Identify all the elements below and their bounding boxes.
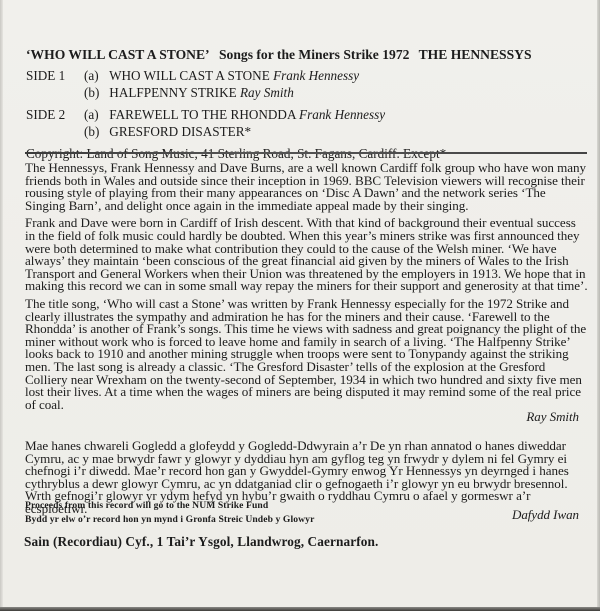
track-letter: (a) [84,106,106,123]
track-letter: (b) [84,84,106,101]
track-composer: Frank Hennessy [273,68,359,83]
side-label: SIDE 2 [26,106,84,123]
track-title: GRESFORD DISASTER* [109,124,251,139]
tracklist-header: ‘WHO WILL CAST A STONE’ Songs for the Mi… [26,46,586,162]
track-letter: (a) [84,67,106,84]
sleeve-bottom-edge [0,607,600,611]
notes-paragraph: Frank and Dave were born in Cardiff of I… [25,217,589,293]
english-liner-notes: The Hennessys, Frank Hennessy and Dave B… [25,162,589,424]
album-subtitle: Songs for the Miners Strike 1972 [219,47,409,62]
track-title: FAREWELL TO THE RHONDDA [109,107,295,122]
side-label: SIDE 1 [26,67,84,84]
track-title: WHO WILL CAST A STONE [109,68,270,83]
album-title-line: ‘WHO WILL CAST A STONE’ Songs for the Mi… [26,46,586,64]
track-row: SIDE 1(a) WHO WILL CAST A STONE Frank He… [26,67,586,84]
divider-rule [25,152,587,154]
track-composer: Frank Hennessy [299,107,385,122]
notes-paragraph: The Hennessys, Frank Hennessy and Dave B… [25,162,589,212]
track-title: HALFPENNY STRIKE [109,85,236,100]
album-title: ‘WHO WILL CAST A STONE’ [26,47,210,62]
publisher-address: Sain (Recordiau) Cyf., 1 Tai’r Ysgol, Ll… [24,534,378,550]
record-sleeve-back: ‘WHO WILL CAST A STONE’ Songs for the Mi… [0,0,600,611]
proceeds-welsh: Bydd yr elw o’r record hon yn mynd i Gro… [25,513,314,527]
track-row: (b) HALFPENNY STRIKE Ray Smith [26,84,586,101]
artist-name: THE HENNESSYS [419,47,532,62]
author-signature: Ray Smith [25,410,589,424]
proceeds-notice: Proceeds from this record will go to the… [25,499,314,527]
track-composer: Ray Smith [240,85,294,100]
sleeve-left-edge [0,0,3,611]
track-row: SIDE 2(a) FAREWELL TO THE RHONDDA Frank … [26,106,586,123]
notes-paragraph: The title song, ‘Who will cast a Stone’ … [25,298,589,411]
track-letter: (b) [84,123,106,140]
proceeds-english: Proceeds from this record will go to the… [25,499,314,513]
track-row: (b) GRESFORD DISASTER* [26,123,586,140]
